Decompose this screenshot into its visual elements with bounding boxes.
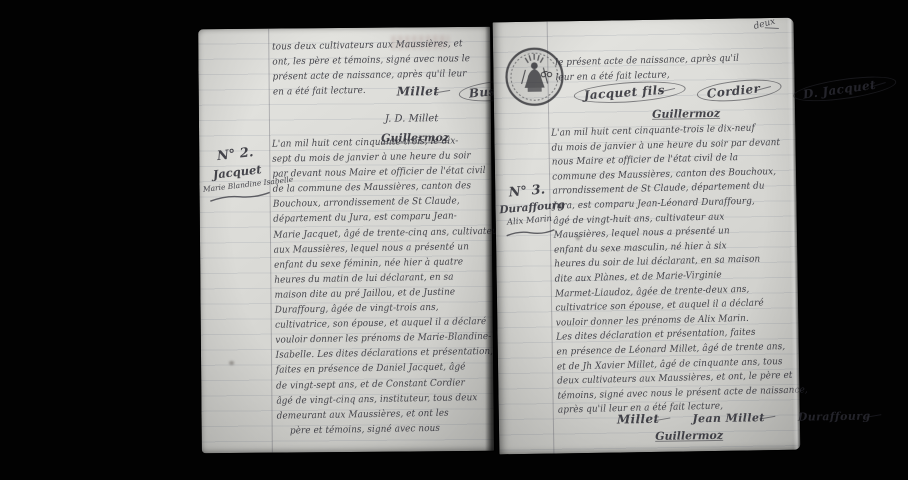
signature: Jacquet fils: [573, 78, 686, 106]
signature: Millet: [617, 412, 671, 427]
signature: D. Jacquet: [792, 72, 898, 106]
left-margin-annotation: N° 2. Jacquet Marie Blandine Isabelle: [199, 143, 277, 205]
signature: Jean Millet: [692, 410, 776, 424]
secondary-signature: Guillermoz: [652, 107, 720, 121]
right-act-text: L'an mil huit cent cinquante-trois le di…: [551, 120, 827, 418]
flourish-line: [504, 227, 556, 239]
act-number: N° 3.: [497, 181, 556, 201]
right-top-signature-row: Jacquet fils Cordier D. Jacquet: [574, 78, 897, 103]
left-page: tous deux cultivateurs aux Maussières, e…: [198, 27, 494, 454]
register-scan: tous deux cultivateurs aux Maussières, e…: [0, 0, 908, 480]
signature: Millet: [397, 84, 451, 98]
text-line: père et témoins, signé avec nous: [277, 419, 506, 438]
right-margin-annotation: N° 3. Duraffourg Alix Marin: [497, 181, 559, 239]
signature: Cordier: [696, 76, 782, 105]
folio-annotation: deux: [753, 16, 779, 33]
right-page: deux le présent acte de naissance, après…: [493, 18, 801, 455]
signature: Duraffourg: [798, 409, 882, 423]
closing-signature: Guillermoz: [655, 429, 723, 443]
secondary-signature: J. D. Millet: [385, 113, 438, 124]
right-bottom-signature-row: Millet Jean Millet Duraffourg: [617, 408, 882, 426]
